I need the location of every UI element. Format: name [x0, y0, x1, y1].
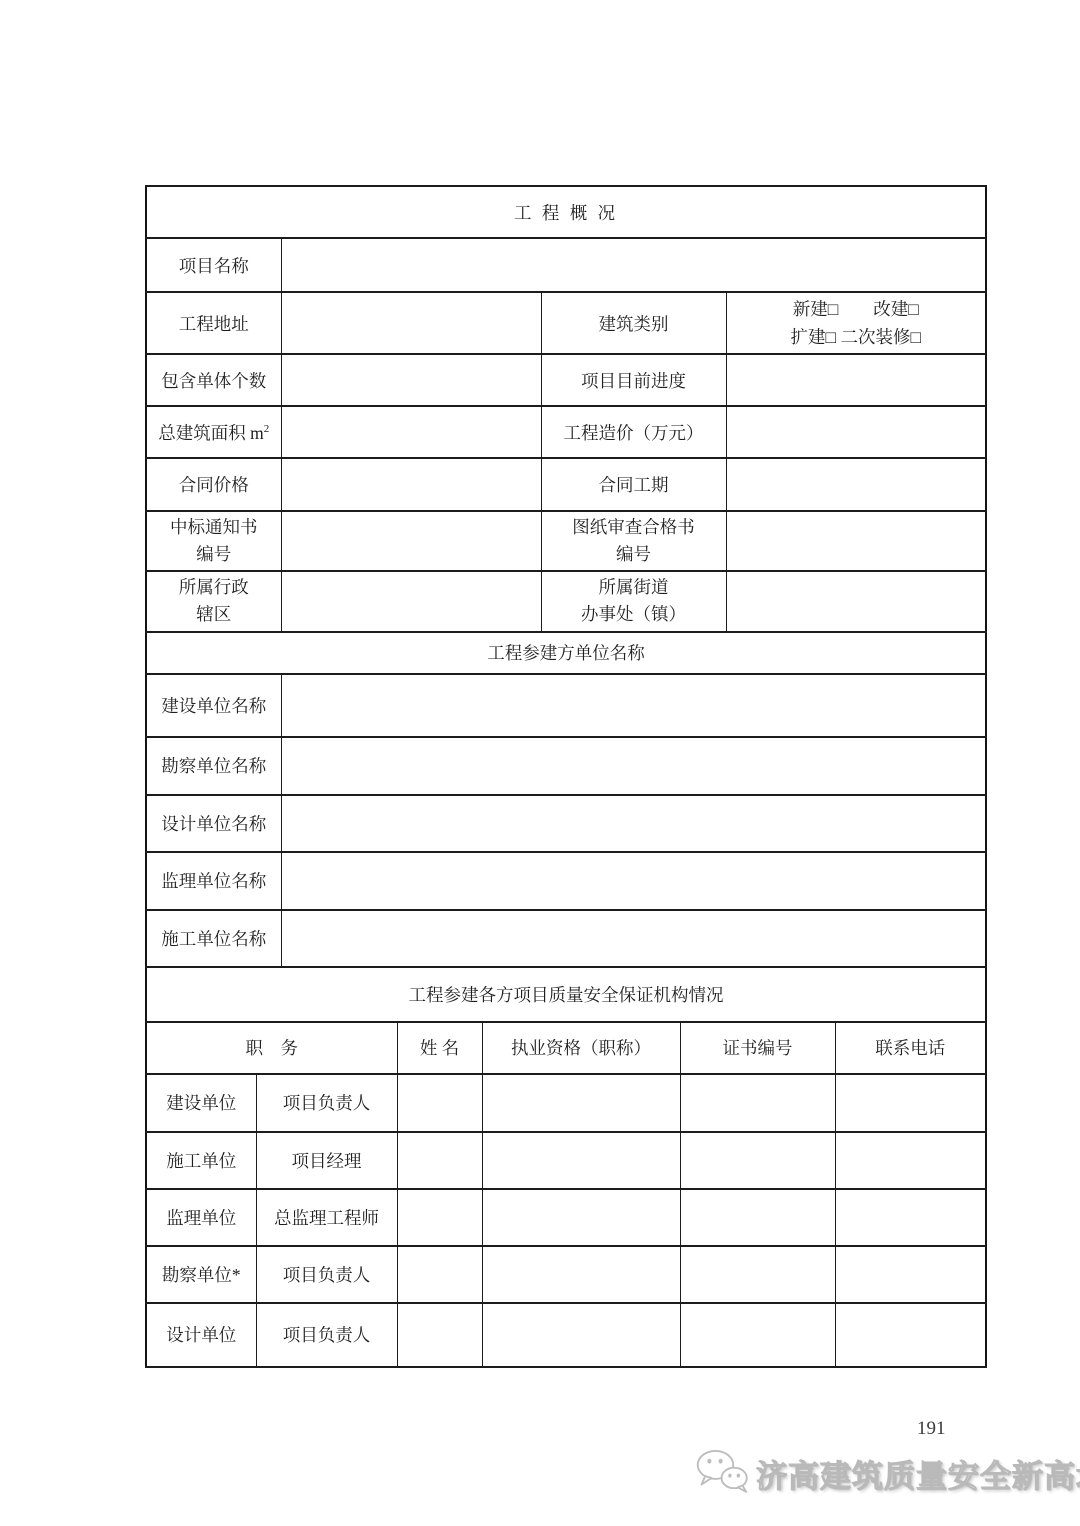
qa-qualification-value — [482, 1189, 680, 1246]
table-row: 施工单位 项目经理 — [146, 1132, 986, 1189]
document-page: 工 程 概 况 项目名称 工程地址 建筑类别 新建□ 改建□ 扩建□ 二次装修□… — [0, 0, 1080, 1526]
bid-notice-label-line1: 中标通知书 — [150, 514, 278, 541]
qa-name-value — [397, 1303, 482, 1367]
qa-cert-no-value — [680, 1074, 835, 1132]
street-office-label: 所属街道 办事处（镇） — [541, 571, 726, 631]
qa-name-value — [397, 1132, 482, 1189]
progress-value — [726, 354, 986, 406]
qa-header-qualification: 执业资格（职称） — [482, 1022, 680, 1074]
contractor-unit-label: 施工单位名称 — [146, 910, 281, 967]
qa-phone-value — [835, 1132, 986, 1189]
admin-district-value — [281, 571, 541, 631]
building-type-options: 新建□ 改建□ 扩建□ 二次装修□ — [726, 292, 986, 354]
qa-phone-value — [835, 1246, 986, 1303]
building-type-label: 建筑类别 — [541, 292, 726, 354]
contract-period-value — [726, 458, 986, 511]
total-area-label-text: 总建筑面积 m — [158, 423, 264, 443]
table-row: 设计单位 项目负责人 — [146, 1303, 986, 1367]
qa-header-duty: 职 务 — [146, 1022, 397, 1074]
street-office-label-line1: 所属街道 — [545, 574, 723, 601]
qa-role-label: 项目负责人 — [256, 1303, 397, 1367]
construction-owner-value — [281, 674, 986, 737]
address-value — [281, 292, 541, 354]
qa-org-label: 监理单位 — [146, 1189, 256, 1246]
drawing-approval-label-line1: 图纸审查合格书 — [545, 514, 723, 541]
project-overview-table: 工 程 概 况 项目名称 工程地址 建筑类别 新建□ 改建□ 扩建□ 二次装修□… — [145, 185, 987, 1368]
unit-count-label: 包含单体个数 — [146, 354, 281, 406]
qa-qualification-value — [482, 1246, 680, 1303]
qa-cert-no-value — [680, 1132, 835, 1189]
design-unit-label: 设计单位名称 — [146, 795, 281, 852]
construction-owner-label: 建设单位名称 — [146, 674, 281, 737]
bid-notice-label-line2: 编号 — [150, 541, 278, 568]
qa-role-label: 项目负责人 — [256, 1246, 397, 1303]
drawing-approval-value — [726, 511, 986, 571]
admin-district-label: 所属行政 辖区 — [146, 571, 281, 631]
street-office-value — [726, 571, 986, 631]
total-area-label: 总建筑面积 m2 — [146, 406, 281, 458]
design-unit-value — [281, 795, 986, 852]
total-area-value — [281, 406, 541, 458]
qa-section-title: 工程参建各方项目质量安全保证机构情况 — [146, 967, 986, 1022]
admin-district-label-line2: 辖区 — [150, 601, 278, 628]
survey-unit-label: 勘察单位名称 — [146, 737, 281, 795]
qa-header-cert-no: 证书编号 — [680, 1022, 835, 1074]
supervision-unit-value — [281, 852, 986, 910]
qa-qualification-value — [482, 1303, 680, 1367]
qa-phone-value — [835, 1074, 986, 1132]
cost-value — [726, 406, 986, 458]
contract-price-value — [281, 458, 541, 511]
qa-org-label: 施工单位 — [146, 1132, 256, 1189]
qa-org-label: 建设单位 — [146, 1074, 256, 1132]
qa-qualification-value — [482, 1074, 680, 1132]
cost-label: 工程造价（万元） — [541, 406, 726, 458]
qa-qualification-value — [482, 1132, 680, 1189]
qa-cert-no-value — [680, 1303, 835, 1367]
survey-unit-value — [281, 737, 986, 795]
watermark: 济高建筑质量安全新高地 — [694, 1447, 1080, 1499]
contract-price-label: 合同价格 — [146, 458, 281, 511]
qa-name-value — [397, 1246, 482, 1303]
bid-notice-value — [281, 511, 541, 571]
drawing-approval-label-line2: 编号 — [545, 541, 723, 568]
building-type-options-line2: 扩建□ 二次装修□ — [730, 323, 983, 351]
supervision-unit-label: 监理单位名称 — [146, 852, 281, 910]
qa-role-label: 项目经理 — [256, 1132, 397, 1189]
project-name-label: 项目名称 — [146, 238, 281, 292]
contract-period-label: 合同工期 — [541, 458, 726, 511]
qa-org-label: 勘察单位* — [146, 1246, 256, 1303]
wechat-icon — [694, 1447, 750, 1499]
qa-name-value — [397, 1074, 482, 1132]
table-row: 监理单位 总监理工程师 — [146, 1189, 986, 1246]
drawing-approval-label: 图纸审查合格书 编号 — [541, 511, 726, 571]
qa-header-phone: 联系电话 — [835, 1022, 986, 1074]
table-title: 工 程 概 况 — [146, 186, 986, 238]
qa-phone-value — [835, 1189, 986, 1246]
street-office-label-line2: 办事处（镇） — [545, 601, 723, 628]
qa-role-label: 项目负责人 — [256, 1074, 397, 1132]
table-row: 勘察单位* 项目负责人 — [146, 1246, 986, 1303]
address-label: 工程地址 — [146, 292, 281, 354]
qa-role-label: 总监理工程师 — [256, 1189, 397, 1246]
table-row: 建设单位 项目负责人 — [146, 1074, 986, 1132]
unit-count-value — [281, 354, 541, 406]
bid-notice-label: 中标通知书 编号 — [146, 511, 281, 571]
qa-name-value — [397, 1189, 482, 1246]
qa-org-label: 设计单位 — [146, 1303, 256, 1367]
total-area-superscript: 2 — [264, 423, 270, 435]
participants-section-title: 工程参建方单位名称 — [146, 632, 986, 674]
page-number: 191 — [917, 1418, 946, 1440]
watermark-text: 济高建筑质量安全新高地 — [756, 1451, 1080, 1496]
contractor-unit-value — [281, 910, 986, 967]
admin-district-label-line1: 所属行政 — [150, 574, 278, 601]
progress-label: 项目目前进度 — [541, 354, 726, 406]
qa-cert-no-value — [680, 1246, 835, 1303]
project-name-value — [281, 238, 986, 292]
qa-header-name: 姓 名 — [397, 1022, 482, 1074]
qa-cert-no-value — [680, 1189, 835, 1246]
building-type-options-line1: 新建□ 改建□ — [730, 295, 983, 323]
qa-phone-value — [835, 1303, 986, 1367]
